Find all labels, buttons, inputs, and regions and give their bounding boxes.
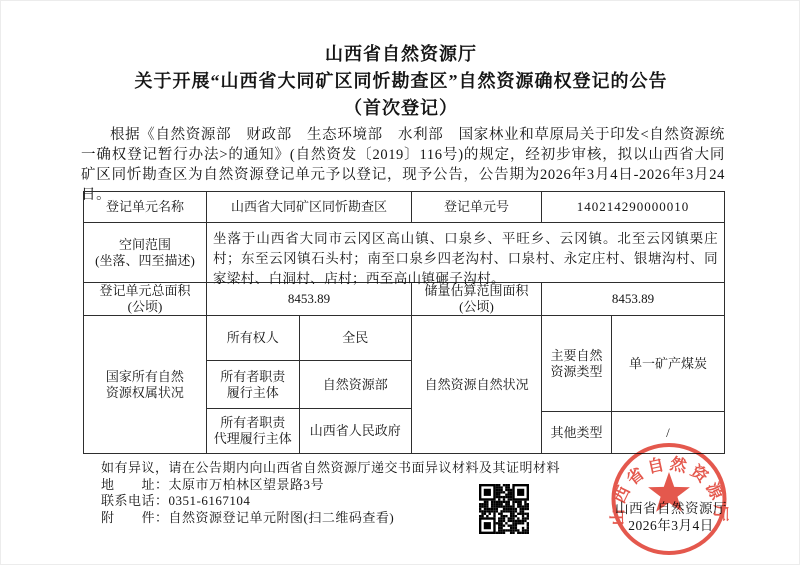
seal-ring (614, 445, 725, 553)
signature-org: 山西省自然资源厅 (601, 500, 741, 517)
signature-block: 山西省自然资源厅 2026年3月4日 (601, 500, 741, 534)
total-area-label: 登记单元总面积 (公顷) (84, 283, 207, 315)
resource-row-main: 主要自然 资源类型 单一矿产煤炭 (542, 316, 724, 412)
other-resource-value: / (612, 412, 724, 453)
owner-value: 全民 (300, 316, 412, 360)
owner-label: 所有权人 (207, 316, 300, 360)
agent-value: 山西省人民政府 (300, 409, 412, 453)
natural-status-label: 自然资源自然状况 (412, 316, 542, 453)
ownership-row-agent: 所有者职责 代理履行主体 山西省人民政府 (207, 409, 413, 453)
unit-name-value: 山西省大同矿区同忻勘查区 (207, 192, 412, 222)
ownership-subtable: 所有权人 全民 所有者职责 履行主体 自然资源部 所有者职责 代理履行主体 山西… (207, 316, 413, 453)
official-seal: 山西省自然资源厅 (609, 442, 729, 556)
ownership-row-duty: 所有者职责 履行主体 自然资源部 (207, 361, 413, 409)
agent-label: 所有者职责 代理履行主体 (207, 409, 300, 453)
document-header: 山西省自然资源厅 关于开展“山西省大同矿区同忻勘查区”自然资源确权登记的公告 （… (1, 41, 800, 122)
unit-name-label: 登记单元名称 (84, 192, 207, 222)
resource-row-other: 其他类型 / (542, 412, 724, 453)
reserve-area-value: 8453.89 (542, 283, 724, 315)
unit-no-label: 登记单元号 (412, 192, 542, 222)
document-title: 关于开展“山西省大同矿区同忻勘查区”自然资源确权登记的公告 (1, 68, 800, 95)
total-area-value: 8453.89 (207, 283, 412, 315)
document-issuer: 山西省自然资源厅 (1, 41, 800, 68)
table-row-ownership: 国家所有自然 资源权属状况 所有权人 全民 所有者职责 履行主体 自然资源部 所… (84, 316, 724, 453)
ownership-label: 国家所有自然 资源权属状况 (84, 316, 207, 453)
objection-note: 如有异议，请在公告期内向山西省自然资源厅递交书面异议材料及其证明材料 (101, 460, 560, 477)
qr-code (479, 484, 529, 534)
unit-no-value: 140214290000010 (542, 192, 724, 222)
scope-value: 坐落于山西省大同市云冈区高山镇、口泉乡、平旺乡、云冈镇。北至云冈镇栗庄村；东至云… (207, 223, 724, 282)
table-row-area: 登记单元总面积 (公顷) 8453.89 储量估算范围面积 (公顷) 8453.… (84, 283, 724, 316)
table-row-unit: 登记单元名称 山西省大同矿区同忻勘查区 登记单元号 14021429000001… (84, 192, 724, 223)
signature-date: 2026年3月4日 (601, 517, 741, 534)
reserve-area-label: 储量估算范围面积 (公顷) (412, 283, 542, 315)
ownership-row-owner: 所有权人 全民 (207, 316, 413, 361)
table-row-scope: 空间范围 (坐落、四至描述) 坐落于山西省大同市云冈区高山镇、口泉乡、平旺乡、云… (84, 223, 724, 283)
duty-value: 自然资源部 (300, 361, 412, 408)
other-resource-label: 其他类型 (542, 412, 612, 453)
duty-label: 所有者职责 履行主体 (207, 361, 300, 408)
main-resource-label: 主要自然 资源类型 (542, 316, 612, 411)
scope-label: 空间范围 (坐落、四至描述) (84, 223, 207, 282)
resource-subtable: 主要自然 资源类型 单一矿产煤炭 其他类型 / (542, 316, 724, 453)
document-subtitle: （首次登记） (1, 95, 800, 122)
main-resource-value: 单一矿产煤炭 (612, 316, 724, 411)
announcement-page: 山西省自然资源厅 关于开展“山西省大同矿区同忻勘查区”自然资源确权登记的公告 （… (0, 0, 800, 565)
registration-table: 登记单元名称 山西省大同矿区同忻勘查区 登记单元号 14021429000001… (83, 191, 725, 454)
